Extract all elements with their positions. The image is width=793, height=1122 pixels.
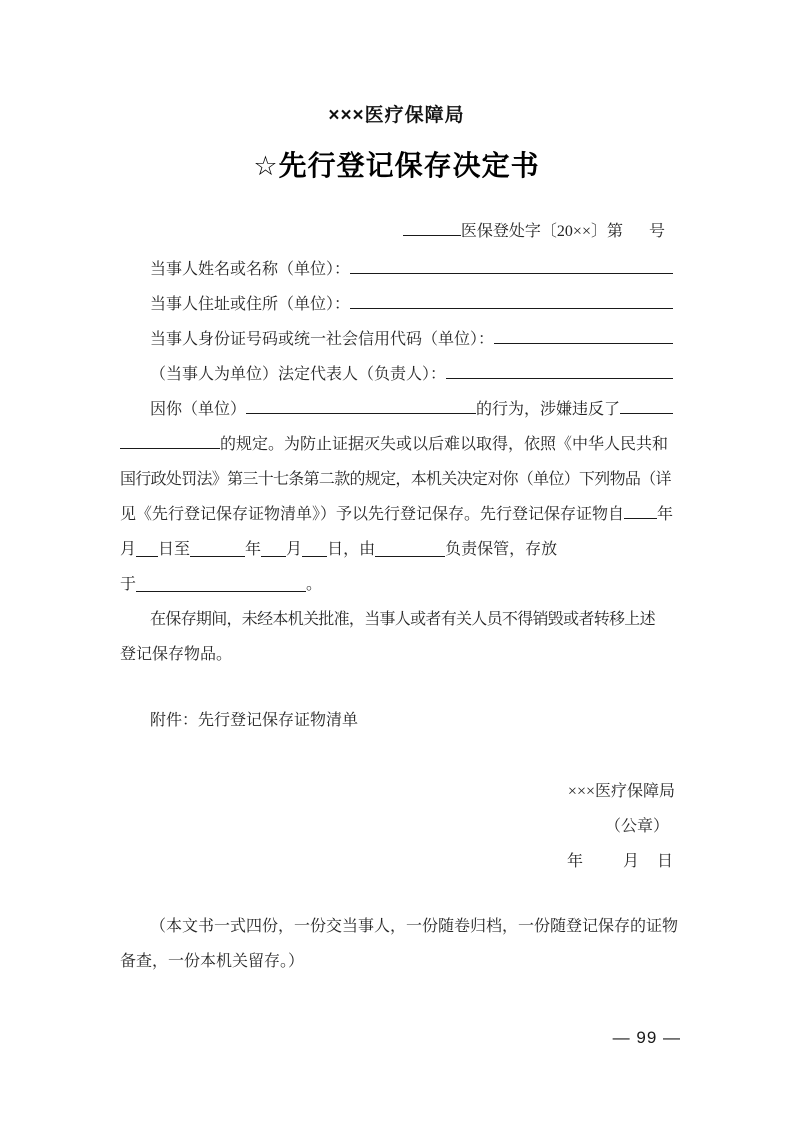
because-text: 因你（单位）: [150, 392, 246, 427]
stored-at-label: 于: [120, 576, 136, 593]
field-legal-rep-blank: [446, 366, 673, 379]
custody-text: 负责保管，存放: [445, 541, 557, 558]
signature-block: ×××医疗保障局 （公章） 年月日: [567, 774, 675, 879]
body-line-keep1: 在保存期间，未经本机关批准，当事人或者有关人员不得销毁或者转移上述: [120, 602, 673, 637]
field-party-address-label: 当事人住址或住所（单位）：: [150, 287, 350, 322]
signature-seal: （公章）: [567, 809, 675, 844]
signature-date: 年月日: [567, 844, 675, 879]
end-day-blank: [302, 544, 327, 557]
page-number: — 99 —: [613, 1028, 681, 1048]
doc-number-prefix-blank: [403, 223, 461, 236]
issuing-agency-header: ×××医疗保障局: [0, 100, 793, 127]
field-party-address: 当事人住址或住所（单位）：: [120, 287, 673, 322]
end-month-label: 月: [286, 541, 302, 558]
start-year-blank: [624, 506, 657, 519]
signature-date-year: 年: [567, 853, 583, 870]
signature-date-day: 日: [657, 853, 673, 870]
field-party-id: 当事人身份证号码或统一社会信用代码（单位）：: [120, 322, 673, 357]
start-month-label: 月: [120, 541, 136, 558]
provision-text: 的规定。为防止证据灭失或以后难以取得，依照《中华人民共和: [220, 427, 668, 462]
behavior-blank: [246, 401, 476, 414]
end-month-blank: [261, 544, 286, 557]
start-day-blank: [136, 544, 158, 557]
footnote-line-2: 备查，一份本机关留存。）: [120, 944, 673, 979]
document-title: ☆先行登记保存决定书: [0, 144, 793, 184]
star-icon: ☆: [253, 151, 278, 181]
custodian-blank: [375, 544, 445, 557]
day-to-label: 日至: [158, 541, 190, 558]
footnote-line-1: （本文书一式四份，一份交当事人，一份随卷归档，一份随登记保存的证物: [120, 909, 673, 944]
body-line-list: 见《先行登记保存证物清单》）予以先行登记保存。先行登记保存证物自年: [120, 497, 673, 532]
list-text: 见《先行登记保存证物清单》）予以先行登记保存。先行登记保存证物自: [120, 497, 624, 532]
doc-number-suffix: 号: [649, 214, 665, 249]
body-line-location: 于。: [120, 567, 673, 602]
body-line-dates: 月日至年月日，由负责保管，存放: [120, 532, 673, 567]
field-party-name: 当事人姓名或名称（单位）：: [120, 252, 673, 287]
field-party-id-label: 当事人身份证号码或统一社会信用代码（单位）：: [150, 322, 494, 357]
storage-location-blank: [136, 579, 306, 592]
field-party-id-blank: [494, 331, 673, 344]
end-year-label: 年: [245, 541, 261, 558]
attachment-line: 附件：先行登记保存证物清单: [120, 703, 673, 738]
violated-law-blank: [620, 401, 673, 414]
document-page: ×××医疗保障局 ☆先行登记保存决定书 医保登处字〔20××〕第号 当事人姓名或…: [0, 0, 793, 1122]
location-period: 。: [306, 576, 322, 593]
body-line-law: 国行政处罚法》第三十七条第二款的规定，本机关决定对你（单位）下列物品（详: [120, 462, 673, 497]
field-party-name-label: 当事人姓名或名称（单位）：: [150, 252, 350, 287]
field-legal-rep: （当事人为单位）法定代表人（负责人）：: [120, 357, 673, 392]
day-by-label: 日，由: [327, 541, 375, 558]
doc-number-label: 医保登处字〔20××〕第: [461, 214, 623, 249]
distribution-footnote: （本文书一式四份，一份交当事人，一份随卷归档，一份随登记保存的证物 备查，一份本…: [120, 909, 673, 979]
provision-blank: [120, 436, 220, 449]
field-legal-rep-label: （当事人为单位）法定代表人（负责人）：: [150, 357, 446, 392]
field-party-name-blank: [350, 261, 673, 274]
field-party-address-blank: [350, 296, 673, 309]
end-year-blank: [190, 544, 245, 557]
document-number-line: 医保登处字〔20××〕第号: [120, 214, 673, 249]
start-year-label: 年: [657, 497, 673, 532]
body-line-provision: 的规定。为防止证据灭失或以后难以取得，依照《中华人民共和: [120, 427, 673, 462]
signature-agency: ×××医疗保障局: [567, 774, 675, 809]
body-line-keep2: 登记保存物品。: [120, 637, 673, 672]
body-line-because: 因你（单位）的行为，涉嫌违反了: [120, 392, 673, 427]
document-title-text: 先行登记保存决定书: [279, 150, 540, 181]
document-body: 当事人姓名或名称（单位）： 当事人住址或住所（单位）： 当事人身份证号码或统一社…: [120, 252, 673, 672]
signature-date-month: 月: [623, 853, 639, 870]
behavior-text: 的行为，涉嫌违反了: [476, 392, 620, 427]
